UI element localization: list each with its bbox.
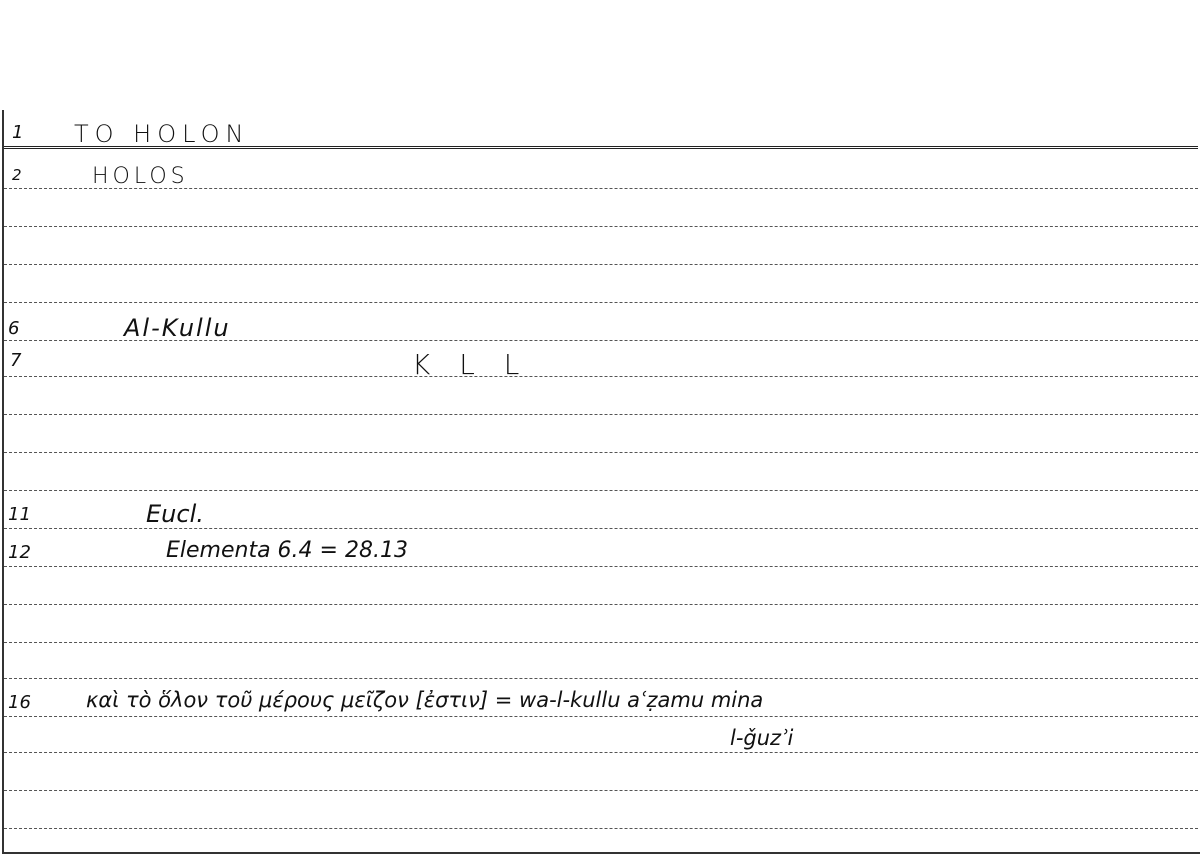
line-number: 2 (12, 166, 22, 184)
entry-quote-continuation: l-ǧuzʾi (730, 726, 793, 750)
ruled-line (4, 452, 1198, 453)
ruled-line (4, 302, 1198, 303)
ruled-line (4, 264, 1198, 265)
entry-al-kullu: Al-Kullu (124, 314, 231, 342)
entry-greek-arabic-quote: καὶ τὸ ὅλον τοῦ μέρους μεῖζον [ἐστιν] = … (86, 688, 763, 712)
ruled-line (4, 226, 1198, 227)
line-number: 6 (8, 318, 19, 339)
line-number: 11 (8, 504, 31, 525)
entry-eucl: Eucl. (146, 500, 204, 528)
ruled-line (4, 566, 1198, 567)
ruled-line (4, 716, 1198, 717)
ruled-line (4, 490, 1198, 491)
line-number: 12 (8, 542, 31, 563)
line-number: 7 (10, 350, 21, 371)
ruled-line (4, 642, 1198, 643)
entry-holos: HOLOS (92, 164, 189, 189)
ruled-line (4, 678, 1198, 679)
line-number: 16 (8, 692, 31, 713)
entry-root-kll: K L L (412, 348, 529, 381)
ruled-line (4, 376, 1198, 377)
ruled-line (4, 828, 1198, 829)
heading-to-holon: TO HOLON (74, 120, 249, 148)
index-card (2, 110, 1200, 854)
ruled-line (4, 752, 1198, 753)
ruled-line (4, 528, 1198, 529)
ruled-line (4, 790, 1198, 791)
ruled-line (4, 414, 1198, 415)
line-number: 1 (12, 122, 23, 143)
entry-elementa-reference: Elementa 6.4 = 28.13 (166, 538, 408, 563)
ruled-line (4, 604, 1198, 605)
